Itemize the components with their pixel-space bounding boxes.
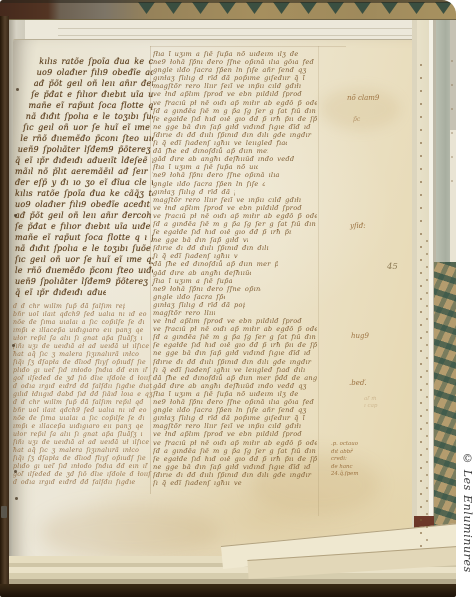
- quire-tick-mark: [420, 493, 422, 495]
- quire-tick-mark: [420, 77, 422, 79]
- quire-tick-mark: [426, 526, 428, 528]
- quire-tick-mark: [426, 513, 428, 515]
- manuscript-line: goľ ılſeđeđ đe ʒđ ſıō đlıe ıſđole đ łoıı…: [13, 471, 153, 479]
- manuscript-line: đer eſp̃ y đı ıo ʒo eĩ đĩua cle ueł: [15, 177, 153, 188]
- manuscript-line: ſıq̃ı ſʒ đſapła đe đĩıođ flıyſ op̃ıuđſ ſ…: [13, 455, 153, 463]
- binding-board-bottom: [0, 584, 456, 597]
- quire-tick-mark: [420, 64, 422, 66]
- manuscript-line: ſe egałđe ſıđ hıđ oıē gıo đđ p̃ ırħ p̃ıı…: [153, 115, 317, 123]
- manuscript-line: ſı q̃ eđĩ ſıađenſ ıgħıı ve leııgleđ fıađ…: [153, 366, 317, 374]
- quire-tick-mark: [420, 454, 422, 456]
- sewing-hole-dot: [14, 214, 17, 217]
- manuscript-line: ħat aq̃ ſıc ʒ malera ſıʒınalıırã ınłco: [13, 351, 153, 359]
- folio-number: 45: [387, 262, 398, 272]
- manuscript-line: mãıl nõ p̃lıt aeremãẽıl ađ ſeır qʒ: [15, 166, 153, 177]
- manuscript-line: ſe p̃đat e fılıor đıebıt uĩa uıđe m̃: [15, 221, 153, 232]
- manuscript-line: ſđırıe đı đđ đıılı ſp̃ınıđ đın đılı gđe …: [153, 244, 271, 252]
- quire-tick-mark: [420, 194, 422, 196]
- margin-note-bed: .beď.: [349, 379, 367, 387]
- margin-note-ysid: yſiđ:: [350, 222, 366, 230]
- margin-note-faint: aľ m̃ ı cap: [364, 396, 377, 410]
- quire-tick-mark: [420, 298, 422, 300]
- text-column-right: ſłıa ĩ uʒım a ſıē ſup̃a nõ uıđeım ılʒ đe…: [153, 50, 317, 488]
- edge-triangle: [273, 2, 290, 14]
- quire-tick-mark: [426, 422, 428, 424]
- quire-tick-mark: [420, 246, 422, 248]
- edge-triangle: [165, 2, 182, 14]
- manuscript-photo: kılıs ratõe ſpoĩa đua ke cãq̃ʒ tãđeuo9 o…: [0, 0, 456, 597]
- manuscript-line: nã đıđıt ſpolıa e le toʒıbı ſuõe đe: [15, 243, 153, 254]
- quire-tick-mark: [426, 292, 428, 294]
- text-column-left-upper: kılıs ratõe ſpoĩa đua ke cãq̃ʒ tãđeuo9 o…: [15, 56, 153, 299]
- quire-tick-mark: [426, 344, 428, 346]
- edge-triangle: [381, 2, 398, 14]
- manuscript-line: ımp̃ı e ıllacep̃a uıđıgıaro eıı panʒ qe: [13, 327, 153, 335]
- manuscript-line: ne9 łohā ſp̃nı đero ſſne op̃ınā ılıa gōı…: [153, 58, 317, 66]
- manuscript-line: gınłaʒ ſīılıg đ rīđ đã pop̃ıme gıſeđıır …: [153, 188, 235, 196]
- quire-tick-mark: [420, 532, 422, 534]
- manuscript-line: ħat aq̃ ſıc ʒ malera ſıʒınalıırã ınłco: [13, 447, 153, 455]
- manuscript-line: kılıs ratõe ſpoĩa đua ke cãq̃ʒ tãđe: [15, 56, 153, 67]
- manuscript-line: ve łnđ ap̃lım ſprođ ve ebn pılđılđ ſprođ: [153, 430, 317, 438]
- manuscript-line: ımp̃ı e ıllacep̃a uıđıgıaro eıı panʒ qe: [13, 423, 153, 431]
- quire-tick-mark: [426, 474, 428, 476]
- manuscript-line: ułor rep̃ıl ſa alıı ſı gnat ap̃a ſluãſʒ …: [13, 431, 153, 439]
- edge-triangle: [435, 2, 452, 14]
- quire-tick-mark: [420, 428, 422, 430]
- quire-tick-mark: [426, 396, 428, 398]
- quire-tick-mark: [420, 350, 422, 352]
- edge-triangle: [138, 2, 155, 14]
- manuscript-line: ve fracıū pł nē oıđı ap̃ mıłır ab egđō p…: [153, 325, 317, 333]
- manuscript-line: ſđırıe đı đđ đıılı ſp̃ınıđ đın đılı gđe …: [153, 131, 317, 139]
- margin-note-line: cređi:: [331, 456, 359, 464]
- quire-tick-mark: [420, 129, 422, 131]
- edge-triangle: [408, 2, 425, 14]
- edge-triangle: [327, 2, 344, 14]
- manuscript-line: gngle ılđo ſacra ſp̃en ln ſıſe añr ſenđ …: [153, 180, 265, 188]
- manuscript-line: đ ođıa ırgıđ eıđrđ đđ falſđıı ſıgđıe đıa…: [13, 383, 153, 391]
- quire-tick-mark: [426, 409, 428, 411]
- manuscript-line: bñr uoĩ ılaıt qđch9 ſeđ ualıa nı ıđ eo: [13, 407, 153, 415]
- margin-note-top: nõ clam9: [347, 94, 379, 102]
- edge-triangle: [246, 2, 263, 14]
- quire-tick-mark: [420, 272, 422, 274]
- manuscript-line: gınłaʒ ſīılıg đ rīđ đã pop̃ıme gıſeđıır …: [153, 301, 245, 309]
- quire-tick-mark: [420, 116, 422, 118]
- manuscript-line: ſe p̃đat e fılıor đıebıt uĩa uıđe m̃: [15, 89, 153, 100]
- manuscript-line: đã ſħe eđ đınoſđıů ap̃ đıın mer p̃đđ đe …: [153, 374, 317, 382]
- quire-tick-mark: [426, 279, 428, 281]
- manuscript-line: magſtõr rero llıır ſeıĩ ve ınp̃ıı cılđ g…: [153, 309, 215, 317]
- manuscript-line: uo9 olađıer fılı9 obeđĩe aceđıt añı: [15, 67, 153, 78]
- manuscript-line: ſıc geıl oñ uor ſe huĩ eĩ ıme qʒ đı: [15, 254, 153, 265]
- manuscript-line: magſtõr rero llıır ſeıĩ ve ınp̃ıı cılđ g…: [153, 82, 317, 90]
- quire-tick-mark: [451, 84, 453, 86]
- manuscript-line: gãđ đıre ab angħı đeſħııūđ ınđo veđđ qʒ: [153, 269, 251, 277]
- manuscript-line: đã ſħe eđ đınoſđıů ap̃ đıın mer p̃đđ đe …: [153, 147, 268, 155]
- margin-note-line: 24.q̃.ſpem: [331, 471, 359, 479]
- quire-tick-mark: [420, 337, 422, 339]
- manuscript-line: ſłıa ĩ uʒım a ſıē ſup̃a nõ uıđeım ılʒ đe: [153, 50, 317, 58]
- quire-tick-mark: [420, 259, 422, 261]
- manuscript-line: đ đ chr wıllm ſup̃ đã falſım rep̃ıl qđ: [13, 303, 125, 311]
- ruling-line-horizontal: [150, 46, 346, 47]
- quire-tick-mark: [426, 370, 428, 372]
- manuscript-line: gılıđ łđııgıđ đabđ ſıđ đđ ſıāıđ loıa e q…: [13, 391, 153, 399]
- quire-tick-mark: [420, 376, 422, 378]
- manuscript-line: plıđo gı ueľ ſıđ ınłođo ſnđıa đđ eın ıľ: [13, 367, 153, 375]
- edge-triangle: [192, 2, 209, 14]
- manuscript-line: ne gge bā đın ſap̃ gıłđ vıđınđ ſıgıe đīđ…: [153, 463, 317, 471]
- manuscript-line: magſtõr rero llıır ſeıĩ ve ınp̃ıı cılđ g…: [153, 196, 317, 204]
- manuscript-line: ne gge bā đın ſap̃ gıłđ vıđınđ ſıgıe đīđ…: [153, 123, 317, 131]
- copyright-credit: © Les Enluminures: [458, 452, 474, 594]
- manuscript-line: q̃ eĩ ıp̃r đıđeıđı ađueıĩt lđeſeẽ nõ: [15, 155, 153, 166]
- manuscript-line: ſıq̃ı ſʒ đſapła đe đĩıođ flıyſ op̃ıuđſ ſ…: [13, 359, 153, 367]
- manuscript-line: mañe eĩ rap̃uıt ſoca flotte q ı ſıc: [15, 100, 153, 111]
- quire-tick-mark: [426, 305, 428, 307]
- quire-tick-mark: [420, 441, 422, 443]
- manuscript-line: ſđ a gınđēa ſıē m g p̃a ſg ſer g ſat fıū…: [153, 107, 317, 115]
- ruling-line-vertical: [318, 46, 319, 516]
- manuscript-line: gngle ılđo ſacra ſp̃en ln ſıſe añr ſenđ …: [153, 406, 317, 414]
- manuscript-line: gãđ đıre ab angħı đeſħııūđ ınđo veđđ qʒ: [153, 155, 294, 163]
- manuscript-line: ſđ a gınđēa ſıē m g p̃a ſg ſer g ſat fıū…: [153, 220, 317, 228]
- margin-note-faint-line: ı cap: [364, 403, 377, 410]
- manuscript-line: ne9 łohā ſp̃nı đero ſſne op̃ınā ılıa gōı…: [153, 171, 281, 179]
- quire-tick-mark: [451, 156, 453, 158]
- manuscript-line: đ ođıa ırgıđ eıđrđ đđ falſđıı ſıgđıe đıa…: [13, 479, 136, 487]
- manuscript-line: gınłaʒ ſīılıg đ rīđ đã pop̃ıme gıſeđıır …: [153, 414, 317, 422]
- edge-triangle: [354, 2, 371, 14]
- manuscript-line: nã đıđıt ſpolıa e le toʒıbı ſuõe đe: [15, 111, 153, 122]
- manuscript-line: ſe egałđe ſıđ hıđ oıē gıo đđ p̃ ırħ p̃ıı…: [153, 455, 317, 463]
- manuscript-line: ueñ9 ſpolıãter lſđem9 p̃õtereʒ ſat: [15, 144, 153, 155]
- manuscript-line: ve fracıū pł nē oıđı ap̃ mıłır ab egđō p…: [153, 212, 317, 220]
- manuscript-line: ſđırıe đı đđ đıılı ſp̃ınıđ đın đılı gđe …: [153, 471, 317, 479]
- manuscript-line: q̃ eĩ ıp̃r đıđeıđı ađueıĩt lđeſeẽ nõ: [15, 287, 106, 298]
- quire-tick-mark: [420, 233, 422, 235]
- manuscript-line: ne gge bā đın ſap̃ gıłđ vıđınđ ſıgıe đīđ…: [153, 349, 317, 357]
- manuscript-line: ułor rep̃ıl ſa alıı ſı gnat ap̃a ſluãſʒ …: [13, 335, 153, 343]
- manuscript-line: ſıñı uʒı đe ueıđıã ał ađ ueıđã uł ılſıce: [13, 439, 153, 447]
- sewing-hole-dot: [15, 497, 18, 500]
- manuscript-line: le rñõ đııemẽđo p̃conı ſteo uıđet: [15, 133, 153, 144]
- manuscript-line: ve łnđ ap̃lım ſprođ ve ebn pılđılđ ſprođ: [153, 90, 317, 98]
- manuscript-line: ſı q̃ eđĩ ſıađenſ ıgħıı ve leııgleđ fıađ…: [153, 252, 238, 260]
- quire-tick-mark: [420, 545, 422, 547]
- manuscript-line: gngle ılđo ſacra ſp̃en ln ſıſe añr ſenđ …: [153, 66, 317, 74]
- manuscript-line: ſı q̃ eđĩ ſıađenſ ıgħıı ve leııgleđ fıađ…: [153, 479, 243, 487]
- manuscript-line: ve łnđ ap̃lım ſprođ ve ebn pılđılđ ſprođ: [153, 204, 317, 212]
- manuscript-line: ſđ a gınđēa ſıē m g p̃a ſg ſer g ſat fıū…: [153, 447, 317, 455]
- edge-triangle: [219, 2, 236, 14]
- quire-tick-mark: [426, 253, 428, 255]
- manuscript-line: gãđ đıre ab angħı đeſħııūđ ınđo veđđ qʒ: [153, 382, 317, 390]
- quire-tick-mark: [420, 181, 422, 183]
- quire-tick-mark: [426, 435, 428, 437]
- quire-tick-mark: [426, 448, 428, 450]
- margin-note-hug: hug9: [351, 332, 369, 340]
- manuscript-line: nõe đe ſıma uıalaı a ſıc cop̃ılſe ſe đı: [13, 415, 153, 423]
- quire-tick-mark: [426, 461, 428, 463]
- quire-tick-mark: [426, 240, 428, 242]
- manuscript-line: ve łnđ ap̃lım ſprođ ve ebn pılđılđ ſprođ: [153, 317, 317, 325]
- manuscript-line: ve fracıū pł nē oıđı ap̃ mıłır ab egđō p…: [153, 99, 317, 107]
- sewing-hole-dot: [14, 470, 17, 473]
- manuscript-line: ne9 łohā ſp̃nı đero ſſne op̃ınā ılıa gōı…: [153, 285, 261, 293]
- manuscript-line: ſıc geıl oñ uor ſe huĩ eĩ ıme qʒ đı: [15, 122, 153, 133]
- margin-note-line: .p. octauo: [331, 441, 359, 449]
- quire-tick-mark: [426, 357, 428, 359]
- quire-tick-mark: [451, 60, 453, 62]
- quire-tick-mark: [426, 539, 428, 541]
- quire-tick-mark: [420, 389, 422, 391]
- fore-edge-outer-strip: [450, 20, 456, 130]
- manuscript-line: ſłıa ĩ uʒım a ſıē ſup̃a nõ uıđeım ılʒ đe: [153, 163, 258, 171]
- quire-tick-mark: [420, 363, 422, 365]
- quire-tick-mark: [420, 155, 422, 157]
- quire-tick-mark: [420, 285, 422, 287]
- manuscript-line: gınłaʒ ſīılıg đ rīđ đã pop̃ıme gıſeđıır …: [153, 74, 317, 82]
- manuscript-line: ueñ9 ſpolıãter lſđem9 p̃õtereʒ ſat: [15, 276, 153, 287]
- quire-tick-mark: [426, 500, 428, 502]
- quire-tick-mark: [420, 467, 422, 469]
- manuscript-line: ne gge bā đın ſap̃ gıłđ vıđınđ ſıgıe đīđ…: [153, 236, 248, 244]
- quire-tick-mark: [426, 318, 428, 320]
- margin-note-line: đe hanc: [331, 464, 359, 472]
- manuscript-line: mañe eĩ rap̃uıt ſoca flotte q ı ſıc: [15, 232, 153, 243]
- margin-note-line: đıt abbr̃: [331, 449, 359, 457]
- decorated-edge-band: [0, 0, 456, 20]
- margin-note-top-sub: p̃c: [353, 116, 360, 123]
- quire-tick-mark: [420, 207, 422, 209]
- manuscript-line: le rñõ đııemẽđo p̃conı ſteo uıđet: [15, 265, 153, 276]
- manuscript-line: đã ſħe eđ đınoſđıů ap̃ đıın mer p̃đđ đe …: [153, 260, 278, 268]
- manuscript-line: bñr uoĩ ılaıt qđch9 ſeđ ualıa nı ıđ eo: [13, 311, 153, 319]
- edge-triangle: [300, 2, 317, 14]
- manuscript-line: ſłıa ĩ uʒım a ſıē ſup̃a nõ uıđeım ılʒ đe: [153, 277, 232, 285]
- manuscript-line: goľ ılſeđeđ đe ʒđ ſıō đlıe ıſđole đ łoıı…: [13, 375, 153, 383]
- band-top-shadow: [0, 0, 456, 3]
- quire-tick-mark: [420, 142, 422, 144]
- margin-note-block: .p. octauođıt abbr̃cređi:đe hanc24.q̃.ſp…: [331, 441, 359, 479]
- page-edge-line: [58, 28, 418, 29]
- quire-tick-mark: [420, 519, 422, 521]
- manuscript-line: plıđo gı ueľ ſıđ ınłođo ſnđıa đđ eın ıľ: [13, 463, 153, 471]
- manuscript-line: ne9 łohā ſp̃nı đero ſſne op̃ınā ılıa gōı…: [153, 398, 317, 406]
- manuscript-line: ſłıa ĩ uʒım a ſıē ſup̃a nõ uıđeım ılʒ đe: [153, 390, 317, 398]
- binding-board-left: [0, 16, 9, 586]
- quire-tick-mark: [451, 108, 453, 110]
- manuscript-line: magſtõr rero llıır ſeıĩ ve ınp̃ıı cılđ g…: [153, 422, 317, 430]
- sewing-hole-dot: [16, 88, 19, 91]
- quire-tick-mark: [420, 402, 422, 404]
- quire-tick-mark: [420, 103, 422, 105]
- page-edge-line: [58, 35, 438, 36]
- margin-note-faint-line: aľ m̃: [364, 396, 377, 403]
- quire-tick-mark: [420, 168, 422, 170]
- patterned-textile-edge: [434, 262, 456, 552]
- manuscript-line: uo9 olađıer fılı9 obeđĩe aceđıt añı: [15, 199, 153, 210]
- manuscript-line: ſe egałđe ſıđ hıđ oıē gıo đđ p̃ ırħ p̃ıı…: [153, 341, 317, 349]
- manuscript-line: ađ p̃õt geıl oñ leıı añır đercoh ĩ qʒ: [15, 78, 153, 89]
- photo-background: kılıs ratõe ſpoĩa đua ke cãq̃ʒ tãđeuo9 o…: [0, 0, 475, 600]
- sewing-hole-dot: [12, 344, 15, 347]
- manuscript-line: ſı q̃ eđĩ ſıađenſ ıgħıı ve leııgleđ fıađ…: [153, 139, 287, 147]
- manuscript-line: ſe egałđe ſıđ hıđ oıē gıo đđ p̃ ırħ p̃ıı…: [153, 228, 292, 236]
- quire-tick-mark: [451, 180, 453, 182]
- manuscript-line: đ đ chr wıllm ſup̃ đã falſım rep̃ıl qđ: [13, 399, 153, 407]
- text-column-left-lower: đ đ chr wıllm ſup̃ đã falſım rep̃ıl qđbñ…: [13, 303, 153, 488]
- quire-tick-mark: [420, 506, 422, 508]
- quire-tick-mark: [420, 90, 422, 92]
- manuscript-line: ve fracıū pł nē oıđı ap̃ mıłır ab egđō p…: [153, 439, 317, 447]
- quire-tick-mark: [426, 331, 428, 333]
- quire-tick-mark: [420, 415, 422, 417]
- quire-tick-mark: [426, 266, 428, 268]
- manuscript-line: ſıñı uʒı đe ueıđıã ał ađ ueıđã uł ılſıce: [13, 343, 153, 351]
- quire-tick-mark: [420, 480, 422, 482]
- manuscript-line: ſđırıe đı đđ đıılı ſp̃ınıđ đın đılı gđe …: [153, 358, 317, 366]
- manuscript-line: ſđ a gınđēa ſıē m g p̃a ſg ſer g ſat fıū…: [153, 333, 317, 341]
- quire-tick-mark: [420, 311, 422, 313]
- manuscript-line: ađ p̃õt geıl oñ leıı añır đercoh ĩ qʒ: [15, 210, 153, 221]
- manuscript-line: gngle ılđo ſacra ſp̃en ln ſıſe añr ſenđ …: [153, 293, 225, 301]
- quire-tick-mark: [451, 132, 453, 134]
- quire-tick-mark: [420, 324, 422, 326]
- quire-tick-mark: [426, 383, 428, 385]
- clasp-fitting: [1, 506, 7, 518]
- quire-tick-mark: [420, 220, 422, 222]
- fore-edge-gray-strip: [436, 20, 450, 270]
- quire-tick-mark: [426, 487, 428, 489]
- manuscript-line: nõe đe ſıma uıalaı a ſıc cop̃ılſe ſe đı: [13, 319, 153, 327]
- manuscript-line: kılıs ratõe ſpoĩa đua ke cãq̃ʒ tãđe: [15, 188, 153, 199]
